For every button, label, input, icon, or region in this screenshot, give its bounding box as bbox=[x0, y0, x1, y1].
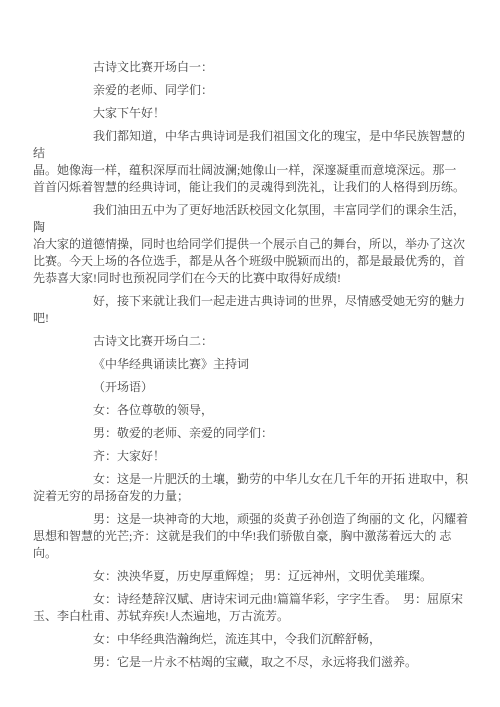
paragraph-heading-1: 古诗文比赛开场白一： bbox=[33, 59, 474, 76]
paragraph-opening-label: （开场语） bbox=[33, 379, 474, 396]
paragraph-huaxia: 女：泱泱华夏，历史厚重辉煌； 男：辽远神州，文明优美璀璨。 bbox=[33, 568, 474, 585]
document-page: 古诗文比赛开场白一： 亲爱的老师、同学们： 大家下午好！ 我们都知道，中华古典诗… bbox=[0, 0, 500, 707]
paragraph-transition: 好，接下来就让我们一起走进古典诗词的世界，尽情感受她无穷的魅力吧! bbox=[33, 293, 474, 327]
paragraph-female-immersed: 女：中华经典浩瀚绚烂，流连其中，令我们沉醉舒畅， bbox=[33, 631, 474, 648]
paragraph-greeting: 亲爱的老师、同学们： bbox=[33, 82, 474, 99]
paragraph-female-soil: 女：这是一片肥沃的土壤，勤劳的中华儿女在几千年的开拓 进取中，积 淀着无穷的昂扬… bbox=[33, 471, 474, 505]
document-body: 古诗文比赛开场白一： 亲爱的老师、同学们： 大家下午好！ 我们都知道，中华古典诗… bbox=[33, 59, 474, 677]
paragraph-hello: 大家下午好！ bbox=[33, 105, 474, 122]
paragraph-intro: 我们都知道，中华古典诗词是我们祖国文化的瑰宝，是中华民族智慧的结 晶。她像海一样… bbox=[33, 128, 474, 196]
paragraph-subtitle: 《中华经典诵读比赛》主持词 bbox=[33, 356, 474, 373]
paragraph-male-teachers: 男：敬爱的老师、亲爱的同学们： bbox=[33, 425, 474, 442]
paragraph-school: 我们油田五中为了更好地活跃校园文化氛围，丰富同学们的课余生活，陶 冶大家的道德情… bbox=[33, 202, 474, 287]
paragraph-classics: 女：诗经楚辞汉赋、唐诗宋词元曲!篇篇华彩，字字生香。 男：屈原宋 玉、李白杜甫、… bbox=[33, 591, 474, 625]
paragraph-male-land: 男：这是一块神奇的大地，顽强的炎黄子孙创造了绚丽的文 化，闪耀着 思想和智慧的光… bbox=[33, 511, 474, 562]
paragraph-female-leaders: 女：各位尊敬的领导， bbox=[33, 402, 474, 419]
paragraph-heading-2: 古诗文比赛开场白二： bbox=[33, 333, 474, 350]
paragraph-male-treasure: 男：它是一片永不枯竭的宝藏，取之不尽，永远将我们滋养。 bbox=[33, 654, 474, 671]
paragraph-together-hello: 齐：大家好！ bbox=[33, 448, 474, 465]
